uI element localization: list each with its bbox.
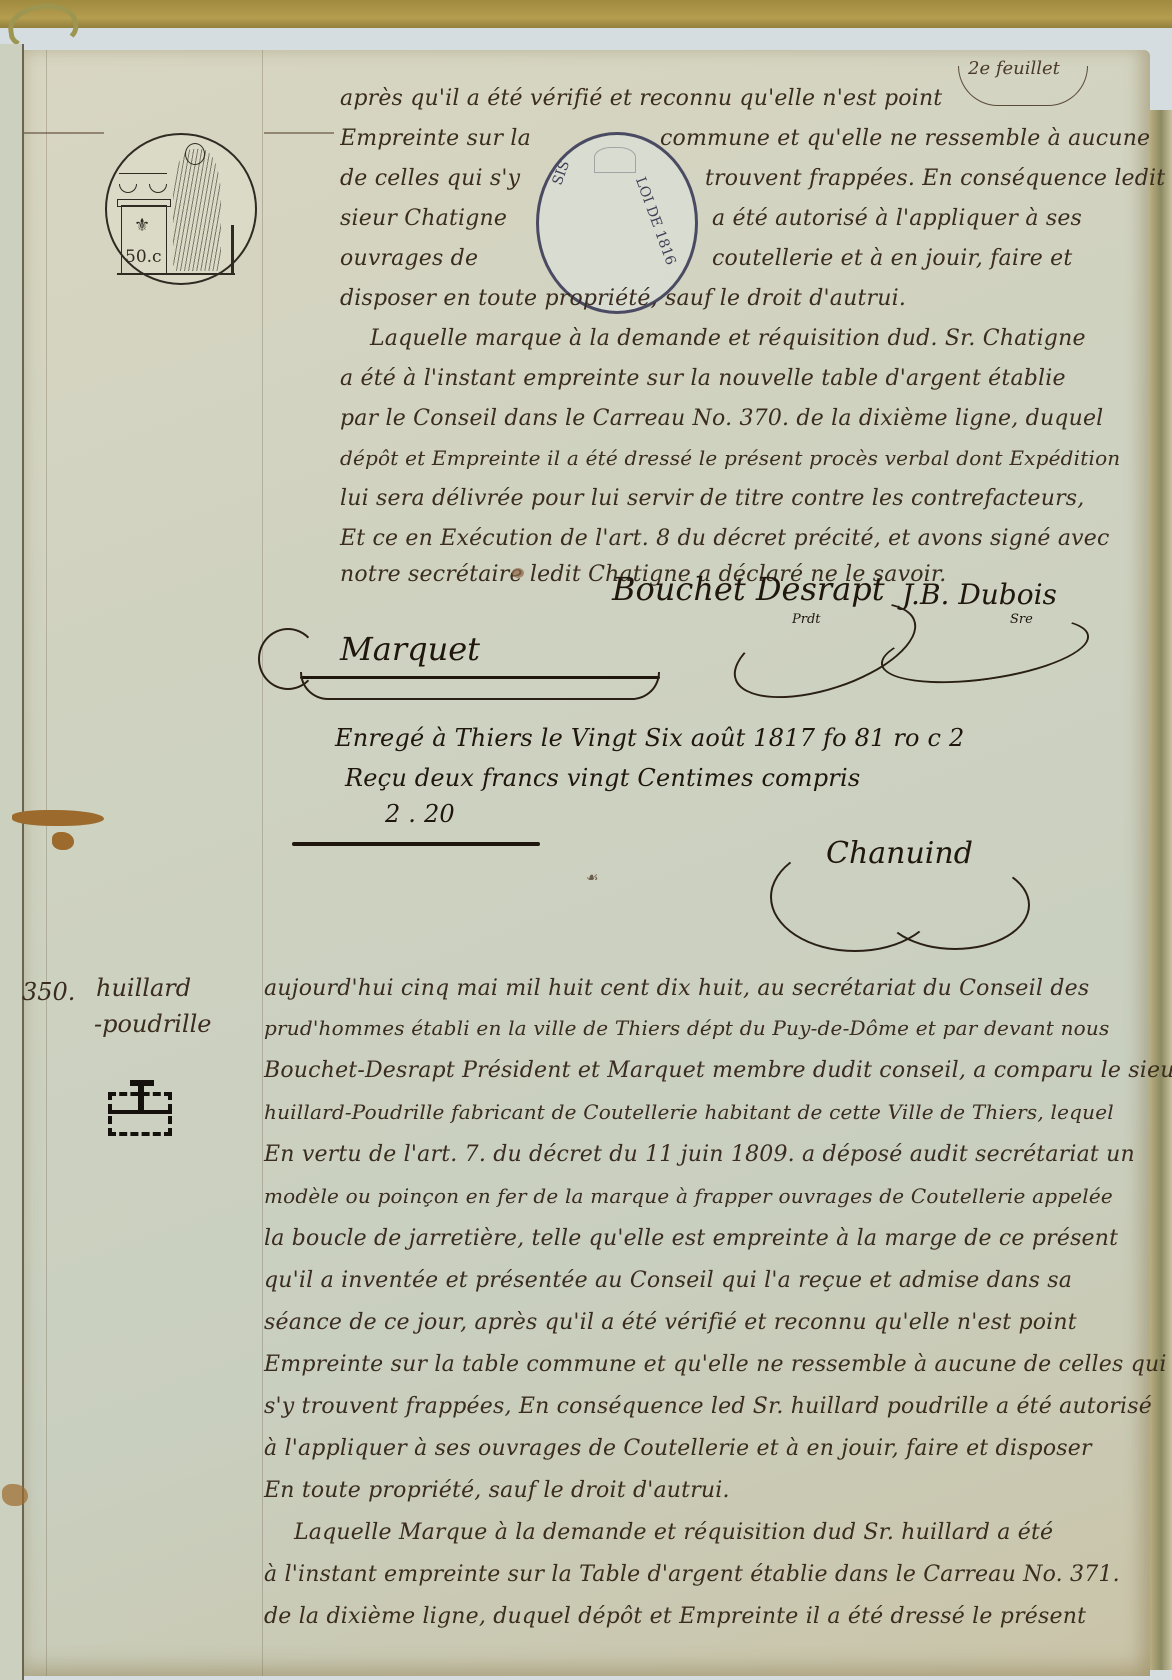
crown-icon — [594, 147, 636, 173]
entry2-line: Laquelle Marque à la demande et réquisit… — [294, 1520, 1053, 1545]
ink-stain — [512, 568, 524, 578]
entry1-line: lui sera délivrée pour lui servir de tit… — [340, 486, 1084, 511]
entry1-line: Empreinte sur la table — [340, 126, 530, 151]
entry2-line: En vertu de l'art. 7. du décret du 11 ju… — [264, 1142, 1135, 1167]
signature-secretary: J.B. Dubois — [902, 578, 1057, 611]
entry-number: 350. — [22, 978, 75, 1006]
entry1-line: commune et qu'elle ne ressemble à aucune — [660, 126, 1150, 151]
entry1-line: ouvrages de — [340, 246, 478, 271]
folio-note: 2e feuillet — [968, 58, 1060, 79]
signature-loops — [300, 672, 660, 700]
paper-stain — [12, 810, 104, 826]
entry1-line: Laquelle marque à la demande et réquisit… — [370, 326, 1086, 351]
entry1-line: de celles qui s'y — [340, 166, 520, 191]
entry2-line: la boucle de jarretière, telle qu'elle e… — [264, 1226, 1118, 1251]
scales-icon — [119, 173, 167, 199]
entry2-line: de la dixième ligne, duquel dépôt et Emp… — [264, 1604, 1086, 1629]
entry1-line: sieur Chatigne — [340, 206, 507, 231]
entry1-line: Et ce en Exécution de l'art. 8 du décret… — [340, 526, 1110, 551]
sword-icon — [231, 225, 234, 273]
entry2-line: prud'hommes établi en la ville de Thiers… — [264, 1016, 1109, 1040]
signature-member: Marquet — [340, 630, 480, 668]
entry2-line: En toute propriété, sauf le droit d'autr… — [264, 1478, 730, 1503]
entry2-line: qu'il a inventée et présentée au Conseil… — [264, 1268, 1072, 1293]
table-surface — [0, 0, 1172, 30]
entry2-line: modèle ou poinçon en fer de la marque à … — [264, 1184, 1113, 1208]
entry1-line: a été à l'instant empreinte sur la nouve… — [340, 366, 1066, 391]
margin-rule-line — [262, 50, 263, 1676]
entry2-line: à l'appliquer à ses ouvrages de Coutelle… — [264, 1436, 1092, 1461]
maker-name-line1: huillard — [96, 974, 191, 1002]
fleur-de-lis-icon: ⚜ — [134, 215, 150, 236]
entry1-line: après qu'il a été vérifié et reconnu qu'… — [340, 86, 942, 111]
entry2-line: Bouchet-Desrapt Président et Marquet mem… — [264, 1058, 1172, 1083]
justice-figure-icon — [173, 149, 221, 271]
entry1-line: disposer en toute propriété, sauf le dro… — [340, 286, 906, 311]
header-rule-right — [264, 132, 334, 134]
left-margin-rule-line — [46, 50, 47, 1676]
entry2-line: Empreinte sur la table commune et qu'ell… — [264, 1352, 1167, 1377]
maker-name-line2: -poudrille — [94, 1010, 211, 1038]
entry2-line: à l'instant empreinte sur la Table d'arg… — [264, 1562, 1120, 1587]
page-mark: ☙ — [586, 870, 599, 886]
registration-fee: 2 . 20 — [385, 800, 455, 828]
entry2-line: séance de ce jour, après qu'il a été vér… — [264, 1310, 1077, 1335]
fiscal-stamp: ⚜ 50.c — [105, 133, 257, 285]
paper-stain — [2, 1484, 28, 1506]
entry1-line: a été autorisé à l'appliquer à ses — [712, 206, 1082, 231]
registration-line: Enregé à Thiers le Vingt Six août 1817 f… — [335, 724, 964, 752]
registration-line: Reçu deux francs vingt Centimes compris — [345, 764, 860, 792]
entry1-line: dépôt et Empreinte il a été dressé le pr… — [340, 446, 1120, 470]
stamped-maker-mark-icon — [108, 1092, 172, 1136]
figure-head — [185, 143, 205, 165]
entry2-line: s'y trouvent frappées, En conséquence le… — [264, 1394, 1152, 1419]
signature-president: Bouchet Desrapt — [612, 570, 885, 608]
entry1-line: trouvent frappées. En conséquence ledit — [705, 166, 1165, 191]
entry1-line: coutellerie et à en jouir, faire et — [712, 246, 1072, 271]
signature-flourish — [880, 860, 1030, 950]
paper-stain — [52, 832, 74, 850]
entry1-line: par le Conseil dans le Carreau No. 370. … — [340, 406, 1103, 431]
entry2-line: aujourd'hui cinq mai mil huit cent dix h… — [264, 976, 1089, 1001]
stamp-value: 50.c — [125, 247, 162, 267]
stamp-base-line — [117, 273, 235, 275]
page-stack-edge — [1150, 110, 1172, 1670]
facing-page-edge — [0, 44, 24, 1680]
header-rule-left — [24, 132, 104, 134]
seal-text-right: LOI DE 1816 — [632, 175, 679, 267]
entry2-line: huillard-Poudrille fabricant de Coutelle… — [264, 1100, 1114, 1124]
registration-underline — [292, 842, 540, 846]
